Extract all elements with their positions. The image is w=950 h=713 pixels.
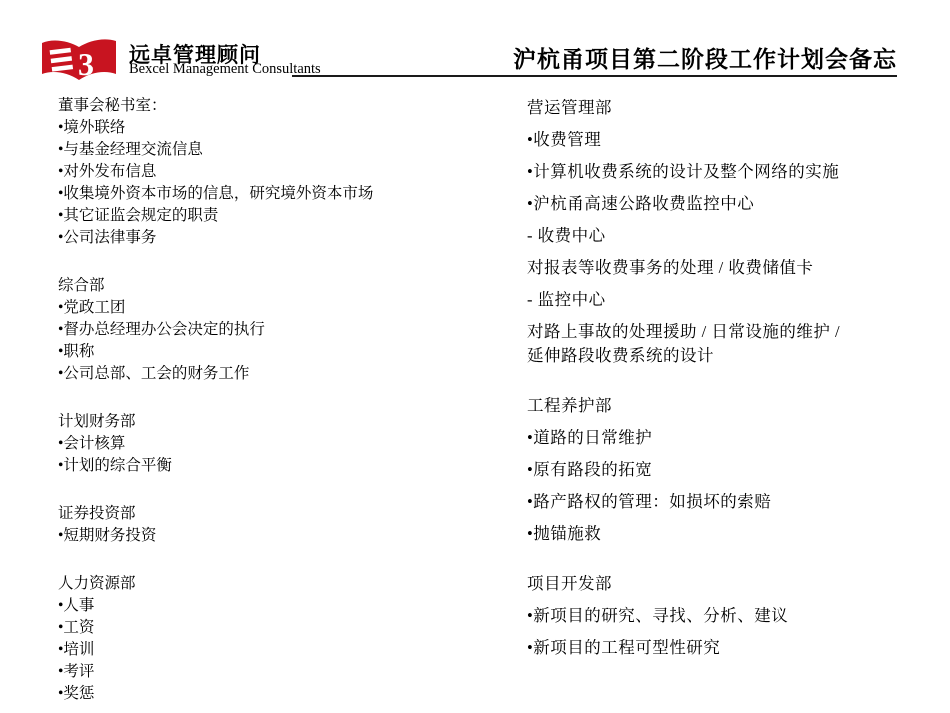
- list-item: •公司总部、工会的财务工作: [58, 363, 496, 385]
- open-book-icon: 3: [40, 35, 120, 85]
- list-item: - 收费中心: [527, 224, 941, 248]
- department-section: 计划财务部•会计核算•计划的综合平衡: [58, 411, 496, 477]
- list-item: •计划的综合平衡: [58, 455, 496, 477]
- section-title: 人力资源部: [58, 573, 496, 595]
- section-title: 工程养护部: [527, 394, 941, 418]
- list-item: •对外发布信息: [58, 161, 496, 183]
- list-item: •收费管理: [527, 128, 941, 152]
- section-title: 证券投资部: [58, 503, 496, 525]
- list-item: •与基金经理交流信息: [58, 139, 496, 161]
- list-item: - 监控中心: [527, 288, 941, 312]
- list-item: •原有路段的拓宽: [527, 458, 941, 482]
- list-item: •考评: [58, 661, 496, 683]
- list-item: •境外联络: [58, 117, 496, 139]
- list-item: •工资: [58, 617, 496, 639]
- department-section: 证券投资部•短期财务投资: [58, 503, 496, 547]
- header-rule: [292, 75, 897, 77]
- section-title: 计划财务部: [58, 411, 496, 433]
- list-item: •路产路权的管理：如损坏的索赔: [527, 490, 941, 514]
- department-section: 工程养护部•道路的日常维护•原有路段的拓宽•路产路权的管理：如损坏的索赔•抛锚施…: [527, 394, 941, 546]
- department-section: 综合部•党政工团•督办总经理办公会决定的执行•职称•公司总部、工会的财务工作: [58, 275, 496, 385]
- slide: 3 远卓管理顾问 Bexcel Management Consultants 沪…: [0, 0, 950, 713]
- section-title: 营运管理部: [527, 96, 941, 120]
- list-item: •人事: [58, 595, 496, 617]
- list-item: 对路上事故的处理援助 / 日常设施的维护 / 延伸路段收费系统的设计: [527, 320, 941, 368]
- logo-mark: 3: [78, 46, 94, 82]
- list-item: •会计核算: [58, 433, 496, 455]
- list-item: •督办总经理办公会决定的执行: [58, 319, 496, 341]
- list-item: •其它证监会规定的职责: [58, 205, 496, 227]
- right-column: 营运管理部•收费管理•计算机收费系统的设计及整个网络的实施•沪杭甬高速公路收费监…: [527, 96, 941, 668]
- list-item: •道路的日常维护: [527, 426, 941, 450]
- list-item: •培训: [58, 639, 496, 661]
- department-section: 人力资源部•人事•工资•培训•考评•奖惩: [58, 573, 496, 705]
- left-column: 董事会秘书室：•境外联络•与基金经理交流信息•对外发布信息•收集境外资本市场的信…: [58, 95, 496, 705]
- list-item: •收集境外资本市场的信息，研究境外资本市场: [58, 183, 496, 205]
- section-title: 综合部: [58, 275, 496, 297]
- department-section: 项目开发部•新项目的研究、寻找、分析、建议•新项目的工程可型性研究: [527, 572, 941, 660]
- section-title: 项目开发部: [527, 572, 941, 596]
- list-item: •新项目的研究、寻找、分析、建议: [527, 604, 941, 628]
- department-section: 董事会秘书室：•境外联络•与基金经理交流信息•对外发布信息•收集境外资本市场的信…: [58, 95, 496, 249]
- list-item: •计算机收费系统的设计及整个网络的实施: [527, 160, 941, 184]
- department-section: 营运管理部•收费管理•计算机收费系统的设计及整个网络的实施•沪杭甬高速公路收费监…: [527, 96, 941, 368]
- list-item: •公司法律事务: [58, 227, 496, 249]
- bexcel-logo: 3: [40, 35, 120, 85]
- list-item: •党政工团: [58, 297, 496, 319]
- list-item: •短期财务投资: [58, 525, 496, 547]
- list-item: •沪杭甬高速公路收费监控中心: [527, 192, 941, 216]
- list-item: •职称: [58, 341, 496, 363]
- section-title: 董事会秘书室：: [58, 95, 496, 117]
- list-item: 对报表等收费事务的处理 / 收费储值卡: [527, 256, 941, 280]
- page-title: 沪杭甬项目第二阶段工作计划会备忘: [513, 41, 897, 74]
- list-item: •奖惩: [58, 683, 496, 705]
- list-item: •抛锚施救: [527, 522, 941, 546]
- list-item: •新项目的工程可型性研究: [527, 636, 941, 660]
